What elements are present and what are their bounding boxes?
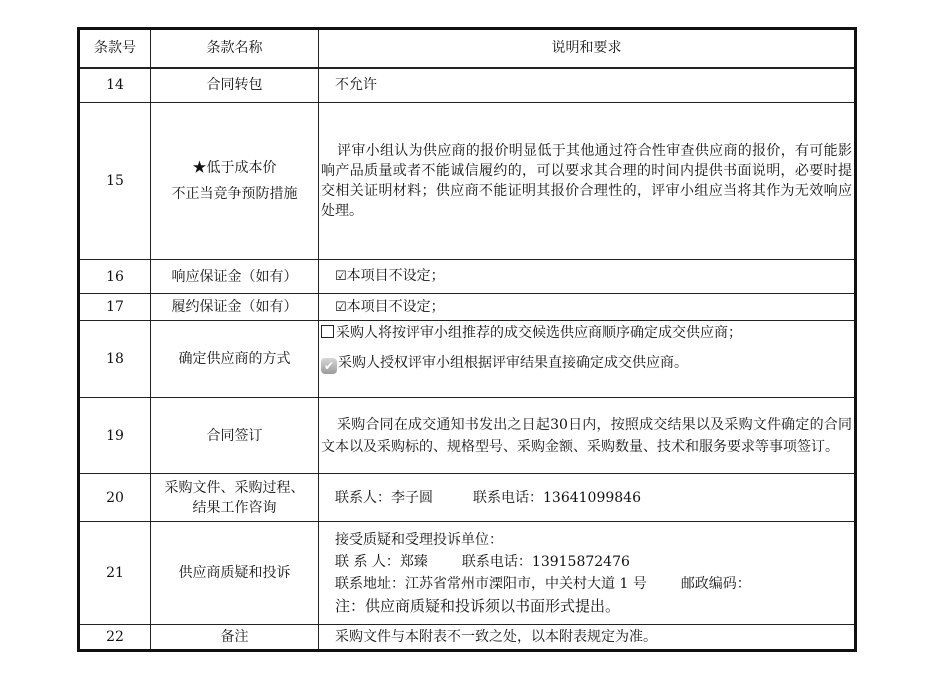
clause-desc: ☑本项目不设定； (319, 260, 856, 294)
table-header-row: 条款号 条款名称 说明和要求 (79, 29, 856, 68)
clause-name: 备注 (151, 625, 319, 651)
unchecked-box-icon[interactable] (321, 325, 334, 338)
contact-phone: 联系电话：13915872476 (462, 554, 630, 570)
clause-no: 22 (79, 625, 151, 651)
option-label: 采购人授权评审小组根据评审结果直接确定成交供应商。 (338, 355, 688, 371)
table-row: 16 响应保证金（如有） ☑本项目不设定； (79, 260, 856, 294)
clause-desc: ☑本项目不设定； (319, 294, 856, 321)
clause-desc-text: 本项目不设定； (347, 268, 445, 284)
checked-box-icon[interactable]: ☑ (335, 300, 347, 315)
clause-table: 条款号 条款名称 说明和要求 14 合同转包 不允许 15 ★低于成本价 不正当… (77, 27, 857, 652)
clause-desc: 接受质疑和受理投诉单位： 联 系 人：郑臻联系电话：13915872476 联系… (319, 522, 856, 625)
clause-name: 合同转包 (151, 68, 319, 103)
checked-box-icon[interactable]: ☑ (335, 269, 347, 284)
clause-no: 18 (79, 321, 151, 398)
clause-options: 采购人将按评审小组推荐的成交候选供应商顺序确定成交供应商； ✔采购人授权评审小组… (319, 321, 856, 398)
table-row: 21 供应商质疑和投诉 接受质疑和受理投诉单位： 联 系 人：郑臻联系电话：13… (79, 522, 856, 625)
table-row: 19 合同签订 采购合同在成交通知书发出之日起30日内，按照成交结果以及采购文件… (79, 398, 856, 474)
contact-phone: 联系电话：13641099846 (473, 490, 641, 506)
clause-name-line-1: ★低于成本价 (151, 155, 318, 181)
clause-name: 采购文件、采购过程、 结果工作咨询 (151, 474, 319, 522)
clause-desc-text: 本项目不设定； (347, 299, 445, 315)
option-sequential[interactable]: 采购人将按评审小组推荐的成交候选供应商顺序确定成交供应商； (321, 323, 852, 343)
contact-person: 联系人：李子圆 (335, 490, 433, 506)
clause-desc: 采购文件与本附表不一致之处，以本附表规定为准。 (319, 625, 856, 651)
clause-name-line-2: 不正当竞争预防措施 (151, 181, 318, 207)
clause-name: 确定供应商的方式 (151, 321, 319, 398)
clause-name: ★低于成本价 不正当竞争预防措施 (151, 103, 319, 260)
complaint-unit-label: 接受质疑和受理投诉单位： (335, 529, 854, 551)
clause-name: 合同签订 (151, 398, 319, 474)
clause-desc: 评审小组认为供应商的报价明显低于其他通过符合性审查供应商的报价，有可能影响产品质… (319, 103, 856, 260)
clause-no: 20 (79, 474, 151, 522)
clause-no: 15 (79, 103, 151, 260)
clause-name: 响应保证金（如有） (151, 260, 319, 294)
contact-person: 联 系 人：郑臻 (335, 554, 428, 570)
clause-no: 16 (79, 260, 151, 294)
complaint-contact: 联 系 人：郑臻联系电话：13915872476 (335, 551, 854, 573)
clause-no: 14 (79, 68, 151, 103)
table-row: 15 ★低于成本价 不正当竞争预防措施 评审小组认为供应商的报价明显低于其他通过… (79, 103, 856, 260)
postcode: 邮政编码： (681, 576, 751, 592)
option-direct[interactable]: ✔采购人授权评审小组根据评审结果直接确定成交供应商。 (321, 353, 852, 374)
table-row: 17 履约保证金（如有） ☑本项目不设定； (79, 294, 856, 321)
clause-desc: 不允许 (319, 68, 856, 103)
clause-desc: 采购合同在成交通知书发出之日起30日内，按照成交结果以及采购文件确定的合同文本以… (319, 398, 856, 474)
document-page: 条款号 条款名称 说明和要求 14 合同转包 不允许 15 ★低于成本价 不正当… (0, 0, 926, 686)
table-row: 20 采购文件、采购过程、 结果工作咨询 联系人：李子圆联系电话：1364109… (79, 474, 856, 522)
checked-box-icon[interactable]: ✔ (321, 358, 337, 374)
table-row: 22 备注 采购文件与本附表不一致之处，以本附表规定为准。 (79, 625, 856, 651)
clause-name-line-1: 采购文件、采购过程、 (151, 478, 318, 498)
complaint-address: 联系地址：江苏省常州市溧阳市，中关村大道 1 号邮政编码： (335, 573, 854, 595)
clause-name: 供应商质疑和投诉 (151, 522, 319, 625)
header-clause-no: 条款号 (79, 29, 151, 68)
clause-desc: 联系人：李子圆联系电话：13641099846 (319, 474, 856, 522)
clause-no: 19 (79, 398, 151, 474)
option-label: 采购人将按评审小组推荐的成交候选供应商顺序确定成交供应商； (336, 325, 742, 341)
clause-name: 履约保证金（如有） (151, 294, 319, 321)
contact-address: 联系地址：江苏省常州市溧阳市，中关村大道 1 号 (335, 576, 647, 592)
clause-no: 21 (79, 522, 151, 625)
table-row: 14 合同转包 不允许 (79, 68, 856, 103)
clause-no: 17 (79, 294, 151, 321)
header-clause-name: 条款名称 (151, 29, 319, 68)
header-description: 说明和要求 (319, 29, 856, 68)
complaint-note: 注：供应商质疑和投诉须以书面形式提出。 (335, 595, 854, 617)
clause-name-line-2: 结果工作咨询 (151, 498, 318, 518)
table-row: 18 确定供应商的方式 采购人将按评审小组推荐的成交候选供应商顺序确定成交供应商… (79, 321, 856, 398)
